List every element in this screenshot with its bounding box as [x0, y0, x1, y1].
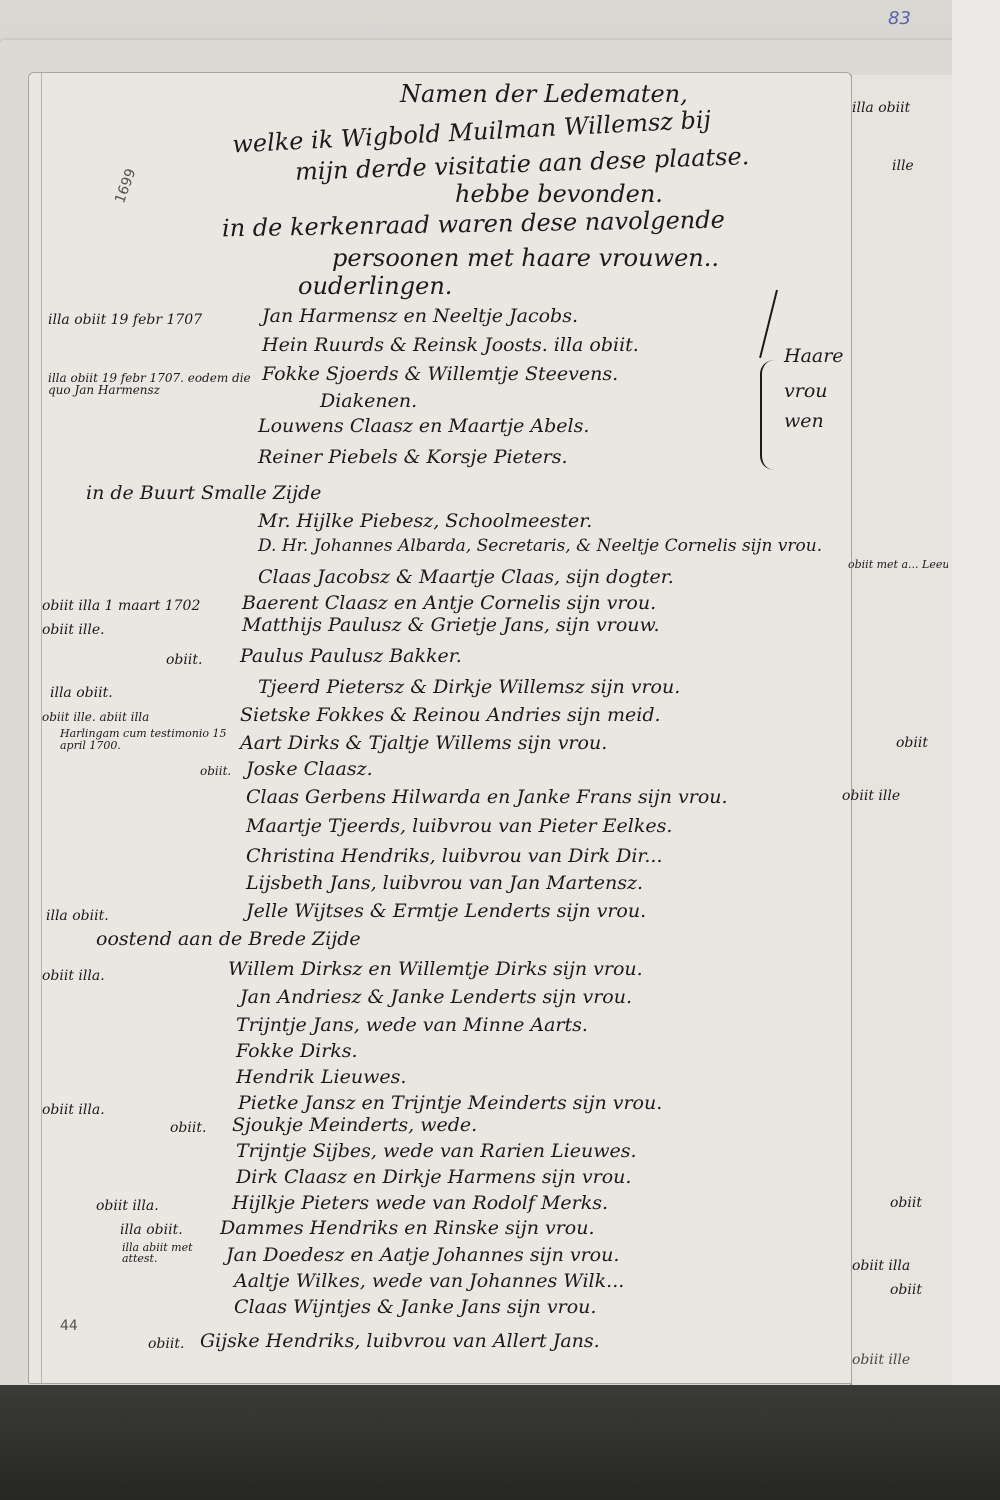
- entry-margin: obiit ille.: [42, 622, 105, 638]
- scan-dark-border: [0, 1385, 1000, 1500]
- entry-text: Fokke Dirks.: [236, 1040, 358, 1062]
- bracket-label: wen: [784, 410, 824, 432]
- entry-text: Hein Ruurds & Reinsk Joosts. illa obiit.: [262, 334, 639, 356]
- right-margin-note: ille: [892, 158, 914, 174]
- entry-text: Hendrik Lieuwes.: [236, 1066, 406, 1088]
- entry-text: Baerent Claasz en Antje Cornelis sijn vr…: [242, 592, 656, 614]
- entry-text: Joske Claasz.: [246, 758, 373, 780]
- entry-margin: illa obiit 19 febr 1707: [48, 312, 202, 328]
- entry-text: Tjeerd Pietersz & Dirkje Willemsz sijn v…: [258, 676, 680, 698]
- entry-text: Sietske Fokkes & Reinou Andries sijn mei…: [240, 704, 661, 726]
- section-diakenen: Diakenen.: [320, 390, 417, 412]
- entry-text: Jan Harmensz en Neeltje Jacobs.: [262, 305, 578, 327]
- entry-text: Mr. Hijlke Piebesz, Schoolmeester.: [258, 510, 592, 532]
- entry-text: Christina Hendriks, luibvrou van Dirk Di…: [246, 845, 663, 867]
- folio-number: 83: [888, 8, 911, 29]
- entry-text: Aart Dirks & Tjaltje Willems sijn vrou.: [240, 732, 607, 754]
- entry-margin: illa abiit met attest.: [122, 1242, 222, 1264]
- entry-margin: obiit.: [170, 1120, 206, 1136]
- right-margin-note: obiit: [896, 735, 928, 751]
- entry-margin: obiit.: [200, 764, 231, 778]
- entry-text: Trijntje Jans, wede van Minne Aarts.: [236, 1014, 588, 1036]
- entry-text: Gijske Hendriks, luibvrou van Allert Jan…: [200, 1330, 600, 1352]
- entry-margin: obiit illa.: [42, 968, 105, 984]
- entry-text: Claas Gerbens Hilwarda en Janke Frans si…: [246, 786, 728, 808]
- section-ouderlingen: ouderlingen.: [298, 272, 452, 300]
- entry-text: Trijntje Sijbes, wede van Rarien Lieuwes…: [236, 1140, 637, 1162]
- entry-text: D. Hr. Johannes Albarda, Secretaris, & N…: [258, 536, 822, 556]
- entry-margin: illa obiit.: [50, 685, 113, 701]
- right-margin-note: obiit met a... Leeuwarden: [848, 558, 948, 571]
- entry-text: Louwens Claasz en Maartje Abels.: [258, 415, 589, 437]
- entry-text: Jan Doedesz en Aatje Johannes sijn vrou.: [226, 1244, 619, 1266]
- entry-margin: obiit illa.: [42, 1102, 105, 1118]
- entry-margin: obiit ille. abiit illa: [42, 710, 149, 724]
- entry-margin: illa obiit.: [120, 1222, 183, 1238]
- right-margin-note: obiit ille: [852, 1352, 910, 1368]
- entry-text: Lijsbeth Jans, luibvrou van Jan Martensz…: [246, 872, 643, 894]
- entry-text: Aaltje Wilkes, wede van Johannes Wilk...: [234, 1270, 624, 1292]
- entry-margin: obiit.: [148, 1336, 184, 1352]
- entry-text: Pietke Jansz en Trijntje Meinderts sijn …: [238, 1092, 662, 1114]
- entry-text: Maartje Tjeerds, luibvrou van Pieter Eel…: [246, 815, 672, 837]
- entry-text: Paulus Paulusz Bakker.: [240, 645, 462, 667]
- bracket-brace: [760, 360, 778, 470]
- entry-text: Jelle Wijtses & Ermtje Lenderts sijn vro…: [246, 900, 646, 922]
- section-smalle-zijde: in de Buurt Smalle Zijde: [86, 482, 321, 504]
- right-margin-note: obiit illa: [852, 1258, 910, 1274]
- right-margin-note: obiit ille: [842, 788, 900, 804]
- page-number-bottom: 44: [60, 1318, 78, 1334]
- entry-text: Claas Jacobsz & Maartje Claas, sijn dogt…: [258, 566, 674, 588]
- entry-text: Sjoukje Meinderts, wede.: [232, 1114, 477, 1136]
- entry-text: Fokke Sjoerds & Willemtje Steevens.: [262, 363, 618, 385]
- entry-margin: obiit.: [166, 652, 202, 668]
- heading-line-4: hebbe bevonden.: [455, 180, 663, 208]
- right-margin-note: illa obiit: [852, 100, 910, 116]
- entry-text: Claas Wijntjes & Janke Jans sijn vrou.: [234, 1296, 596, 1318]
- entry-text: Jan Andriesz & Janke Lenderts sijn vrou.: [240, 986, 632, 1008]
- entry-text: Matthijs Paulusz & Grietje Jans, sijn vr…: [242, 614, 660, 636]
- heading-line-1: Namen der Ledematen,: [400, 80, 688, 108]
- heading-line-6: persoonen met haare vrouwen..: [332, 244, 719, 272]
- section-brede-zijde: oostend aan de Brede Zijde: [96, 928, 361, 950]
- scan-white-edge: [952, 0, 1000, 1400]
- entry-margin: illa obiit 19 febr 1707. eodem die quo J…: [48, 372, 258, 396]
- entry-text: Dirk Claasz en Dirkje Harmens sijn vrou.: [236, 1166, 631, 1188]
- entry-text: Willem Dirksz en Willemtje Dirks sijn vr…: [228, 958, 643, 980]
- entry-margin: illa obiit.: [46, 908, 109, 924]
- entry-margin: obiit illa 1 maart 1702: [42, 598, 200, 614]
- right-margin-note: obiit: [890, 1282, 922, 1298]
- entry-margin: Harlingam cum testimonio 15 april 1700.: [60, 728, 230, 752]
- entry-margin: obiit illa.: [96, 1198, 159, 1214]
- bracket-label: Haare: [784, 345, 844, 367]
- right-margin-note: obiit: [890, 1195, 922, 1211]
- entry-text: Reiner Piebels & Korsje Pieters.: [258, 446, 568, 468]
- entry-text: Dammes Hendriks en Rinske sijn vrou.: [220, 1217, 595, 1239]
- bracket-label: vrou: [784, 380, 828, 402]
- entry-text: Hijlkje Pieters wede van Rodolf Merks.: [232, 1192, 608, 1214]
